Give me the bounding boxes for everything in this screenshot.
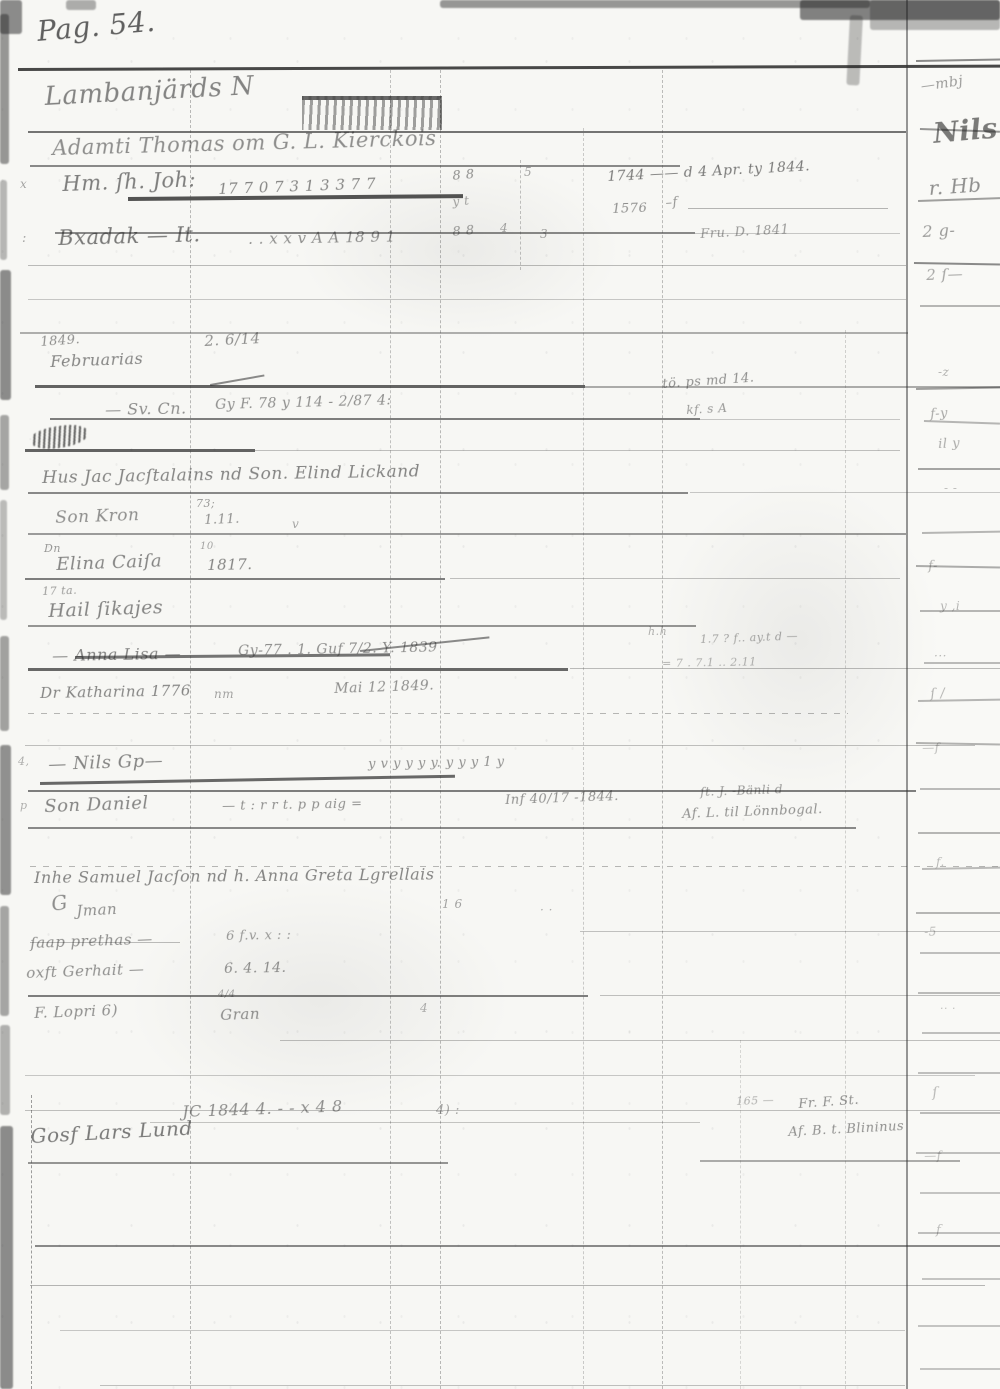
ink-artifact-hatch (302, 96, 442, 130)
ink-artifact-smudge (0, 180, 7, 260)
ink-artifact-smudge (66, 0, 96, 10)
scanned-register-page: Pag. 54. Lambanjärds NAdamti Thomas om G… (0, 0, 1000, 1389)
ink-artifact-smudge (0, 906, 9, 1016)
ink-artifact-smudge (0, 500, 7, 620)
ink-artifact-smudge (0, 1025, 10, 1115)
scan-artifacts-layer (0, 0, 1000, 1389)
ink-artifact-smudge (0, 745, 11, 895)
ink-artifact-smudge (870, 0, 1000, 30)
ink-artifact-smudge (0, 1126, 13, 1389)
ink-artifact-smudge (0, 415, 9, 490)
ink-artifact-smudge (846, 15, 863, 86)
ink-artifact-scribble (29, 423, 89, 452)
ink-artifact-smudge (0, 14, 9, 164)
ink-artifact-smudge (0, 636, 9, 731)
ink-artifact-smudge (0, 270, 11, 400)
